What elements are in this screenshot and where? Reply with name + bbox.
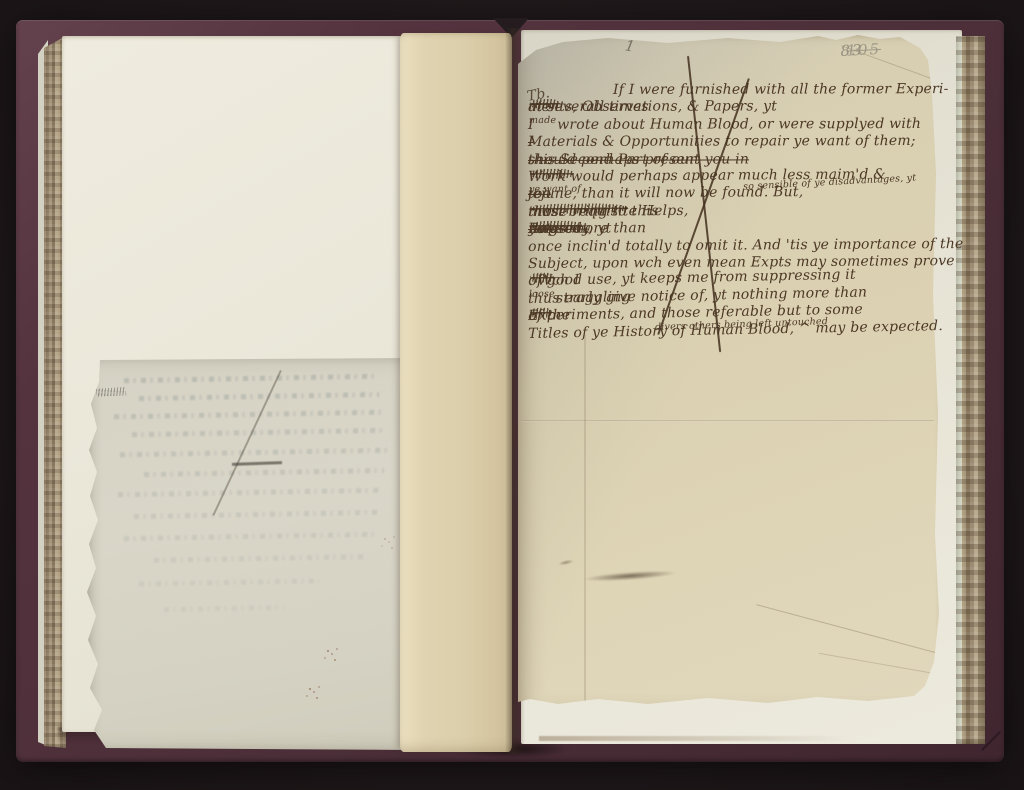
- manuscript-photo: If I were furnished with all the former …: [0, 0, 1024, 790]
- ink-smudge: [558, 558, 575, 566]
- bleed-through-line: [114, 410, 384, 420]
- fold-crease: [756, 604, 949, 657]
- bleed-through-writing: [84, 358, 414, 750]
- manuscript-line: thus early give notice of, yt nothing mo…: [528, 290, 556, 307]
- fold-crease: [584, 334, 586, 702]
- stain-specks: [309, 688, 311, 690]
- manuscript-words: Materials & Opportunities to repair ye w…: [528, 133, 916, 150]
- manuscript-words: once inclin'd totally to omit it. And 't…: [528, 236, 964, 255]
- ink-smudge: [584, 569, 676, 583]
- manuscript-line: I made wrote about Human Blood, or were …: [528, 117, 557, 133]
- bleed-through-line: [124, 532, 374, 541]
- bleed-through-line: [120, 448, 388, 458]
- manuscript-words: loose: [529, 288, 555, 299]
- attached-document: [84, 358, 414, 750]
- scribbled-deletion: [530, 169, 574, 179]
- bleed-through-line: [118, 488, 380, 498]
- ink-mark: [96, 387, 126, 397]
- bleed-through-line: [134, 510, 378, 519]
- manuscript-words: must bring to this: [528, 203, 659, 220]
- manuscript-words: straggling: [556, 289, 631, 306]
- guard-strip: [400, 33, 512, 752]
- bleed-through-line: [144, 468, 384, 477]
- manuscript-words: of the: [528, 307, 571, 324]
- right-page-edges: [956, 36, 985, 744]
- manuscript-words: ye want of: [529, 184, 581, 195]
- manuscript-words: made: [529, 115, 556, 126]
- pencil-foliation-cancelled: 105: [846, 40, 882, 60]
- stain-tide-line: [539, 736, 849, 741]
- manuscript-text: If I were furnished with all the former …: [528, 82, 940, 374]
- bleed-through-line: [154, 554, 364, 563]
- stain-specks: [384, 538, 386, 540]
- manuscript-line: too jejune, than it will now be found. B…: [528, 186, 582, 202]
- bleed-through-line: [164, 605, 284, 612]
- manuscript-words: I was more than: [528, 220, 646, 237]
- manuscript-words: If I were furnished with all the former …: [613, 81, 949, 98]
- manuscript-words: . Wch I: [528, 272, 580, 289]
- bleed-through-line: [139, 578, 319, 586]
- manuscript-words: I: [528, 134, 534, 150]
- bleed-through-line: [139, 392, 379, 401]
- manuscript-words: this Second Part of our: [528, 151, 696, 167]
- bleed-through-line: [124, 374, 374, 383]
- fold-crease: [819, 653, 947, 677]
- bleed-through-line: [132, 428, 387, 437]
- manuscript-words: wrote about Human Blood, or were supplye…: [557, 116, 921, 133]
- stain-specks: [327, 650, 329, 652]
